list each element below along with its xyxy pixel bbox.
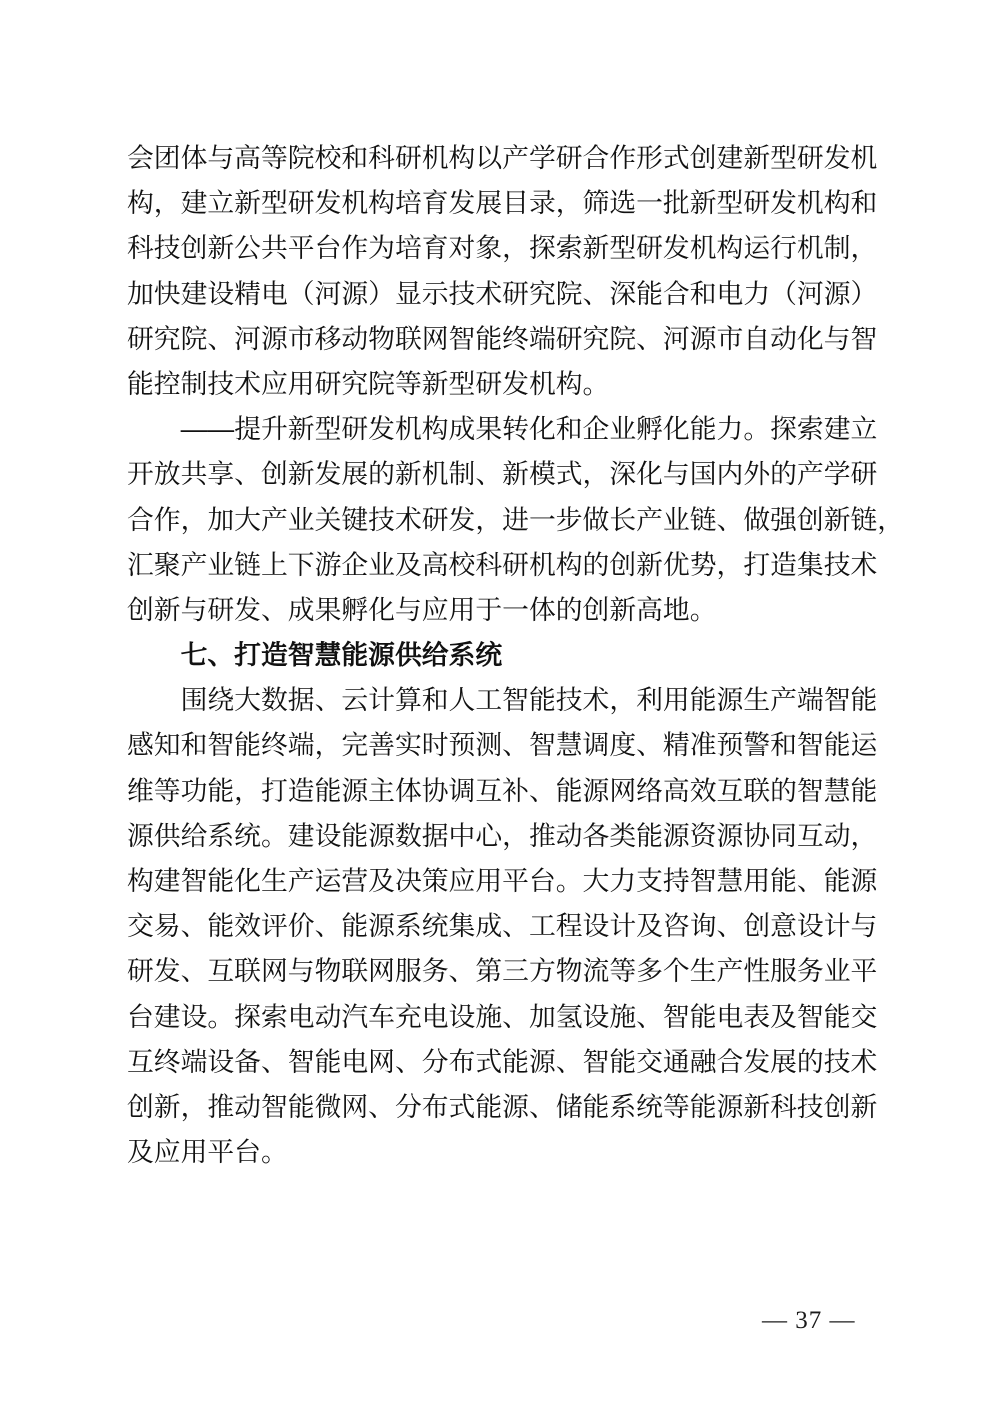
paragraph3-line: 源供给系统。建设能源数据中心，推动各类能源资源协同互动， <box>127 814 879 859</box>
paragraph3-line: 互终端设备、智能电网、分布式能源、智能交通融合发展的技术 <box>127 1040 879 1085</box>
paragraph1-line: 加快建设精电（河源）显示技术研究院、深能合和电力（河源） <box>127 272 879 317</box>
paragraph2-line: 汇聚产业链上下游企业及高校科研机构的创新优势，打造集技术 <box>127 543 879 588</box>
page-number-text: — 37 — <box>762 1307 856 1334</box>
paragraph2-line: 创新与研发、成果孵化与应用于一体的创新高地。 <box>127 588 879 633</box>
paragraph3-line: 台建设。探索电动汽车充电设施、加氢设施、智能电表及智能交 <box>127 995 879 1040</box>
paragraph1-line: 构，建立新型研发机构培育发展目录，筛选一批新型研发机构和 <box>127 181 879 226</box>
paragraph3-line: 研发、互联网与物联网服务、第三方物流等多个生产性服务业平 <box>127 949 879 994</box>
paragraph2-line: 开放共享、创新发展的新机制、新模式，深化与国内外的产学研 <box>127 452 879 497</box>
paragraph3-line: 感知和智能终端，完善实时预测、智慧调度、精准预警和智能运 <box>127 723 879 768</box>
paragraph3-line: 交易、能效评价、能源系统集成、工程设计及咨询、创意设计与 <box>127 904 879 949</box>
text-block: 会团体与高等院校和科研机构以产学研合作形式创建新型研发机 构，建立新型研发机构培… <box>127 136 879 1175</box>
paragraph3-line: 维等功能，打造能源主体协调互补、能源网络高效互联的智慧能 <box>127 769 879 814</box>
section-heading: 七、打造智慧能源供给系统 <box>127 633 879 678</box>
paragraph3-line: 及应用平台。 <box>127 1130 879 1175</box>
paragraph1-line: 科技创新公共平台作为培育对象，探索新型研发机构运行机制， <box>127 226 879 271</box>
document-page: 会团体与高等院校和科研机构以产学研合作形式创建新型研发机 构，建立新型研发机构培… <box>0 0 1000 1414</box>
paragraph2-line: ——提升新型研发机构成果转化和企业孵化能力。探索建立 <box>127 407 879 452</box>
paragraph1-line: 会团体与高等院校和科研机构以产学研合作形式创建新型研发机 <box>127 136 879 181</box>
paragraph2-line: 合作，加大产业关键技术研发，进一步做长产业链、做强创新链， <box>127 498 879 543</box>
paragraph1-line: 能控制技术应用研究院等新型研发机构。 <box>127 362 879 407</box>
paragraph3-line: 构建智能化生产运营及决策应用平台。大力支持智慧用能、能源 <box>127 859 879 904</box>
page-number: — 37 — <box>762 1306 856 1336</box>
paragraph1-line: 研究院、河源市移动物联网智能终端研究院、河源市自动化与智 <box>127 317 879 362</box>
paragraph3-line: 围绕大数据、云计算和人工智能技术，利用能源生产端智能 <box>127 678 879 723</box>
paragraph3-line: 创新，推动智能微网、分布式能源、储能系统等能源新科技创新 <box>127 1085 879 1130</box>
